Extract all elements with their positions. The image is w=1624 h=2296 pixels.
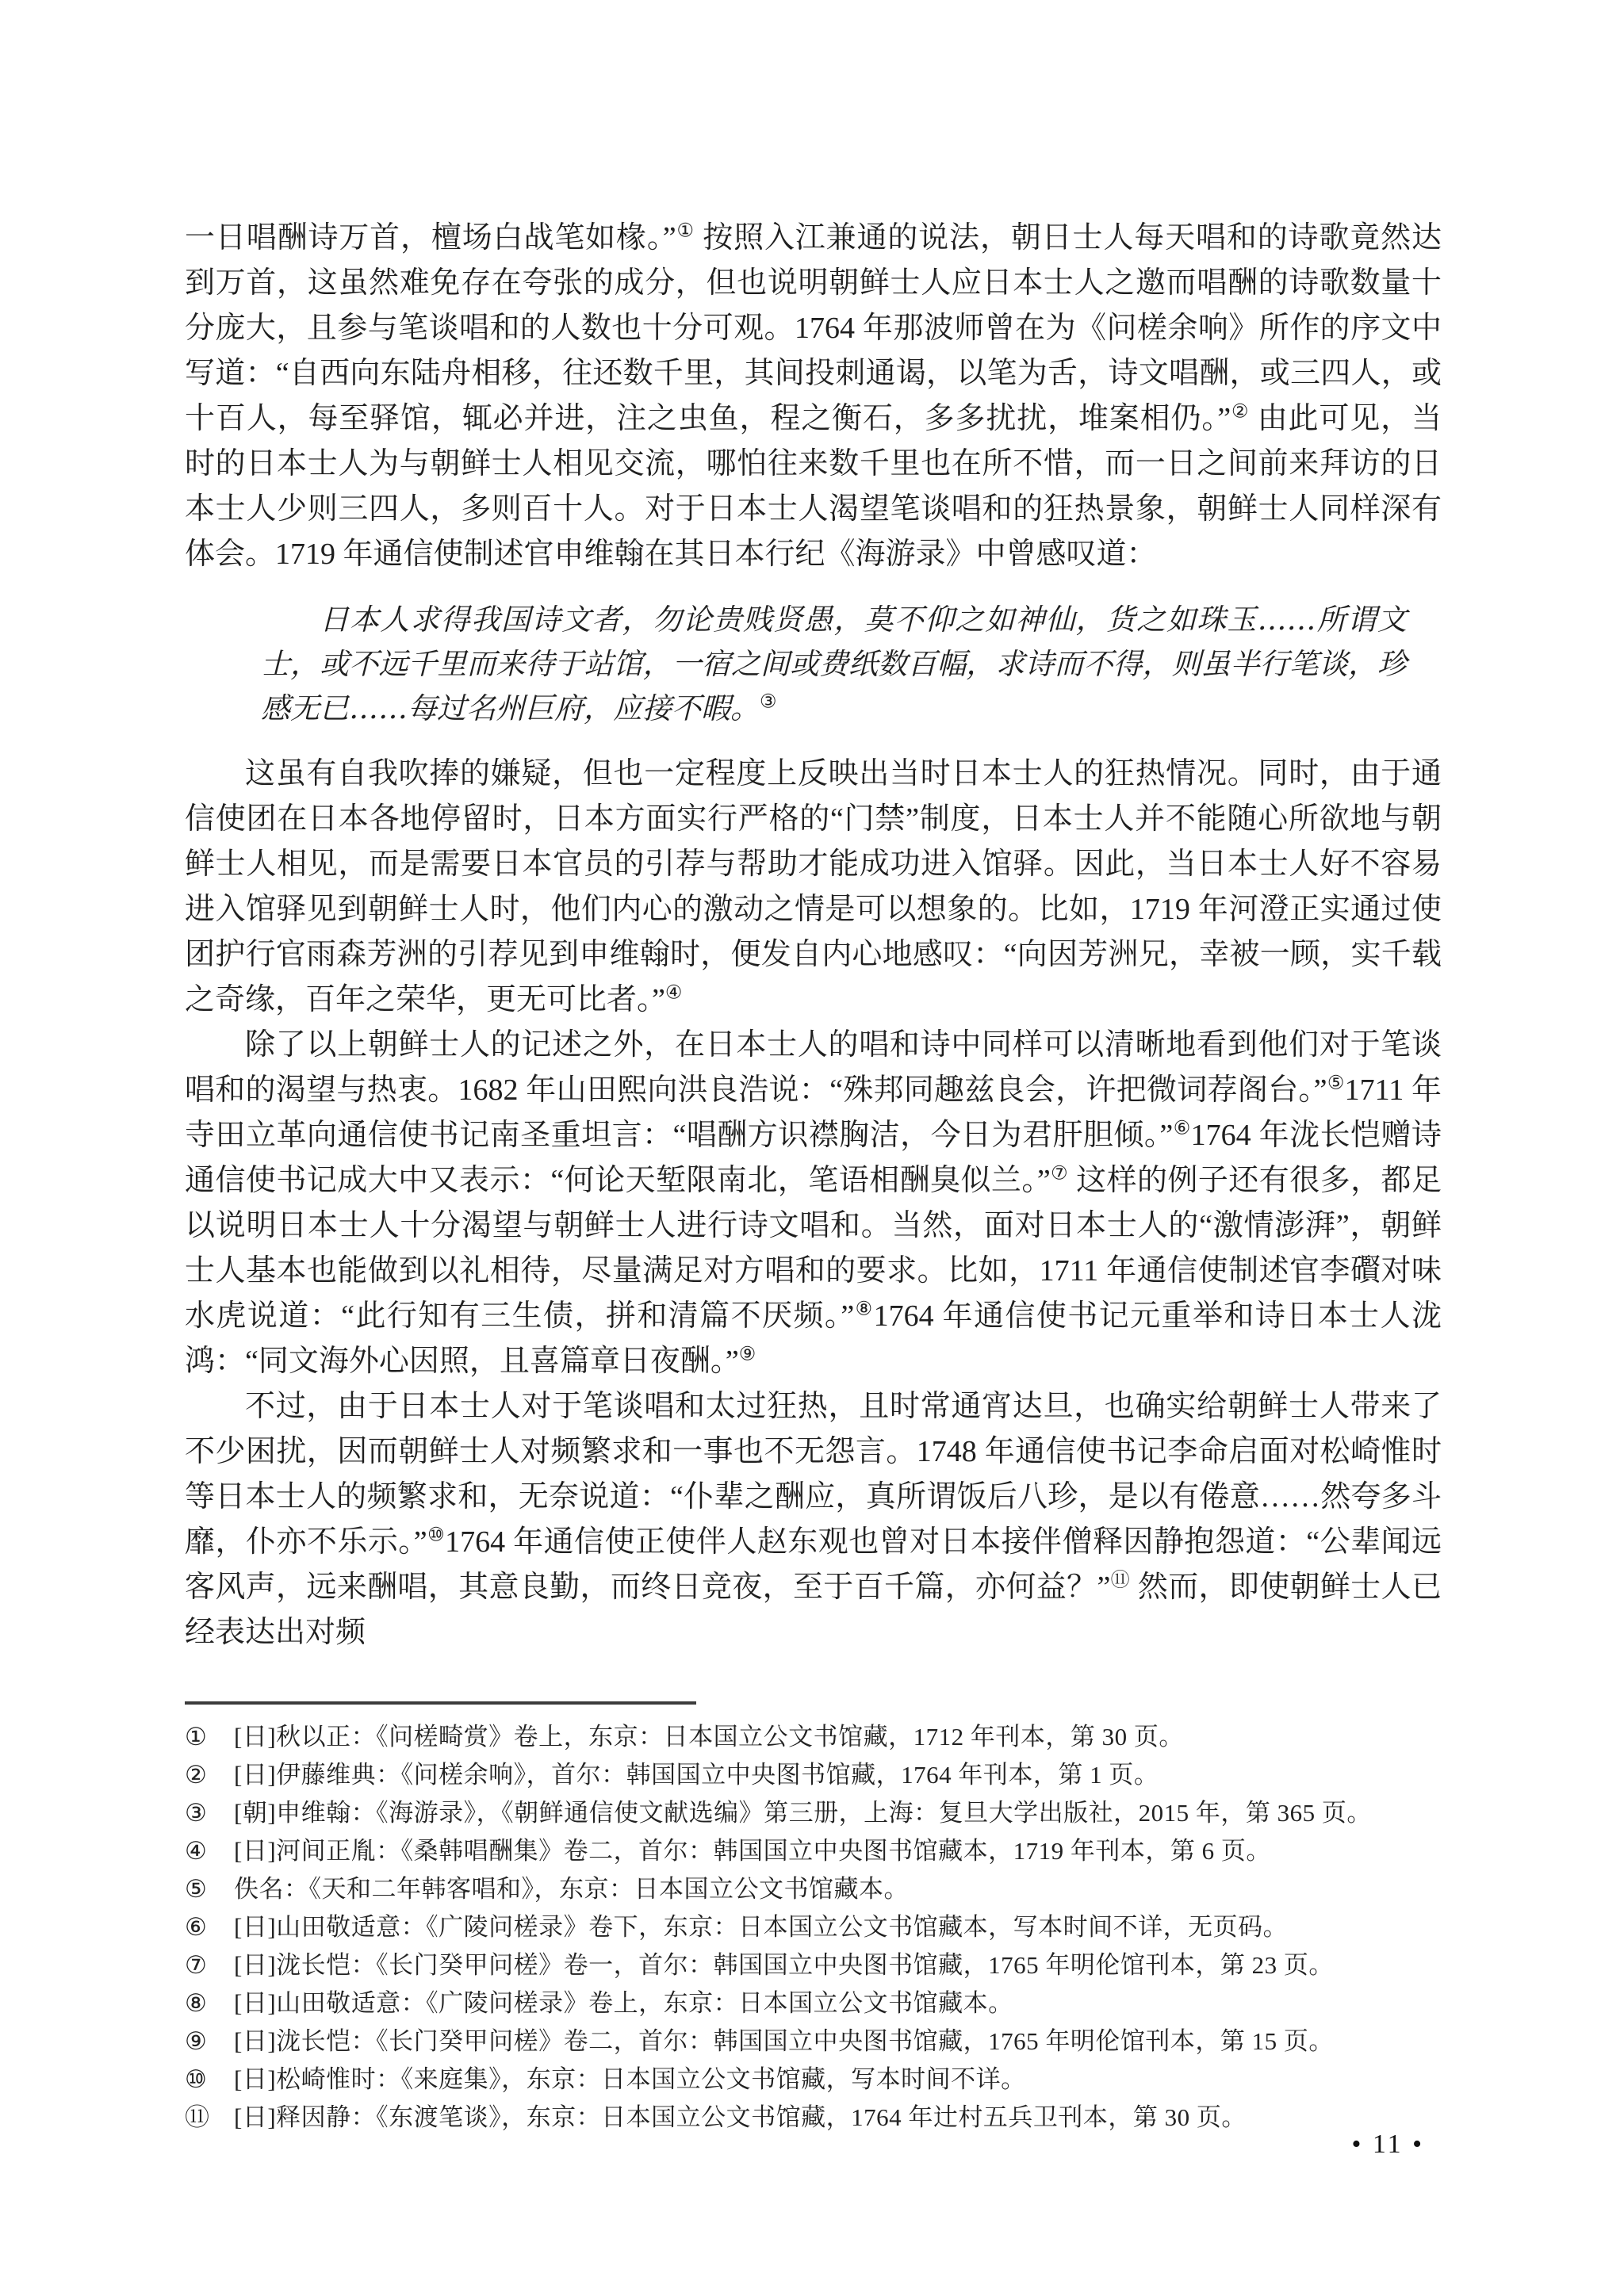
footnote-ref: ② xyxy=(1231,401,1249,422)
footnote-marker: ④ xyxy=(185,1838,220,1865)
footnote-marker: ⑤ xyxy=(185,1876,220,1903)
footnote-marker: ⑩ xyxy=(185,2066,220,2093)
footnote-marker: ⑥ xyxy=(185,1914,220,1941)
footnote-text: [日]山田敬适意：《广陵问槎录》卷下，东京：日本国立公文书馆藏本，写本时间不详，… xyxy=(234,1914,1442,1941)
document-page: 一日唱酬诗万首，檀场白战笔如椽。”① 按照入江兼通的说法，朝日士人每天唱和的诗歌… xyxy=(0,0,1624,2296)
text-run: 一日唱酬诗万首，檀场白战笔如椽。” xyxy=(185,221,676,254)
footnote-item: ②[日]伊藤维典：《问槎余响》，首尔：韩国国立中央图书馆藏，1764 年刊本，第… xyxy=(185,1762,1442,1789)
footnote-text: [日]泷长恺：《长门癸甲问槎》卷一，首尔：韩国国立中央图书馆藏，1765 年明伦… xyxy=(234,1952,1442,1979)
footnote-ref: ⑧ xyxy=(854,1299,873,1319)
footnote-text: [日]秋以正：《问槎畸赏》卷上，东京：日本国立公文书馆藏，1712 年刊本，第 … xyxy=(234,1724,1442,1751)
footnote-ref: ⑨ xyxy=(739,1344,756,1364)
footnote-marker: ⑪ xyxy=(185,2104,220,2131)
footnotes-list: ①[日]秋以正：《问槎畸赏》卷上，东京：日本国立公文书馆藏，1712 年刊本，第… xyxy=(185,1724,1442,2131)
footnote-ref: ⑪ xyxy=(1110,1570,1130,1590)
footnote-marker: ③ xyxy=(185,1800,220,1827)
footnote-marker: ⑧ xyxy=(185,1990,220,2017)
footnote-text: [日]山田敬适意：《广陵问槎录》卷上，东京：日本国立公文书馆藏本。 xyxy=(234,1990,1442,2017)
footnote-item: ④[日]河间正胤：《桑韩唱酬集》卷二，首尔：韩国国立中央图书馆藏本，1719 年… xyxy=(185,1838,1442,1865)
paragraph: 这虽有自我吹捧的嫌疑，但也一定程度上反映出当时日本士人的狂热情况。同时，由于通信… xyxy=(185,752,1442,1023)
block-quote: 日本人求得我国诗文者，勿论贵贱贤愚，莫不仰之如神仙，货之如珠玉……所谓文士，或不… xyxy=(261,598,1407,731)
footnote-ref: ④ xyxy=(665,982,683,1003)
footnote-ref: ⑩ xyxy=(427,1525,445,1545)
text-run: 这虽有自我吹捧的嫌疑，但也一定程度上反映出当时日本士人的狂热情况。同时，由于通信… xyxy=(185,757,1442,1016)
footnote-ref: ③ xyxy=(760,691,777,713)
article-body: 一日唱酬诗万首，檀场白战笔如椽。”① 按照入江兼通的说法，朝日士人每天唱和的诗歌… xyxy=(185,216,1442,1655)
footnote-item: ③[朝]申维翰：《海游录》，《朝鲜通信使文献选编》第三册，上海：复旦大学出版社，… xyxy=(185,1800,1442,1827)
footnote-ref: ⑤ xyxy=(1327,1073,1345,1093)
footnote-ref: ⑥ xyxy=(1173,1118,1190,1138)
footnote-marker: ⑨ xyxy=(185,2028,220,2055)
footnote-text: [日]释因静：《东渡笔谈》，东京：日本国立公文书馆藏，1764 年辻村五兵卫刊本… xyxy=(234,2104,1442,2131)
footnote-item: ⑦[日]泷长恺：《长门癸甲问槎》卷一，首尔：韩国国立中央图书馆藏，1765 年明… xyxy=(185,1952,1442,1979)
paragraph-continuation: 一日唱酬诗万首，檀场白战笔如椽。”① 按照入江兼通的说法，朝日士人每天唱和的诗歌… xyxy=(185,216,1442,577)
footnote-text: [日]松崎惟时：《来庭集》，东京：日本国立公文书馆藏，写本时间不详。 xyxy=(234,2066,1442,2093)
footnote-marker: ⑦ xyxy=(185,1952,220,1979)
footnote-item: ⑥[日]山田敬适意：《广陵问槎录》卷下，东京：日本国立公文书馆藏本，写本时间不详… xyxy=(185,1914,1442,1941)
footnote-item: ⑩[日]松崎惟时：《来庭集》，东京：日本国立公文书馆藏，写本时间不详。 xyxy=(185,2066,1442,2093)
footnote-text: 佚名：《天和二年韩客唱和》，东京：日本国立公文书馆藏本。 xyxy=(234,1876,1442,1903)
footnote-item: ⑪[日]释因静：《东渡笔谈》，东京：日本国立公文书馆藏，1764 年辻村五兵卫刊… xyxy=(185,2104,1442,2131)
paragraph: 除了以上朝鲜士人的记述之外，在日本士人的唱和诗中同样可以清晰地看到他们对于笔谈唱… xyxy=(185,1023,1442,1384)
footnote-ref: ① xyxy=(676,220,695,241)
footnote-text: [朝]申维翰：《海游录》，《朝鲜通信使文献选编》第三册，上海：复旦大学出版社，2… xyxy=(234,1800,1442,1827)
footnote-separator xyxy=(185,1701,696,1705)
paragraph: 不过，由于日本士人对于笔谈唱和太过狂热，且时常通宵达旦，也确实给朝鲜士人带来了不… xyxy=(185,1384,1442,1655)
footnote-item: ①[日]秋以正：《问槎畸赏》卷上，东京：日本国立公文书馆藏，1712 年刊本，第… xyxy=(185,1724,1442,1751)
footnote-item: ⑤佚名：《天和二年韩客唱和》，东京：日本国立公文书馆藏本。 xyxy=(185,1876,1442,1903)
footnote-text: [日]河间正胤：《桑韩唱酬集》卷二，首尔：韩国国立中央图书馆藏本，1719 年刊… xyxy=(234,1838,1442,1865)
footnote-ref: ⑦ xyxy=(1051,1163,1068,1184)
footnote-item: ⑧[日]山田敬适意：《广陵问槎录》卷上，东京：日本国立公文书馆藏本。 xyxy=(185,1990,1442,2017)
footnote-marker: ① xyxy=(185,1724,220,1751)
footnote-marker: ② xyxy=(185,1762,220,1789)
page-number: • 11 • xyxy=(1351,2130,1424,2160)
footnote-text: [日]伊藤维典：《问槎余响》，首尔：韩国国立中央图书馆藏，1764 年刊本，第 … xyxy=(234,1762,1442,1789)
footnote-text: [日]泷长恺：《长门癸甲问槎》卷二，首尔：韩国国立中央图书馆藏，1765 年明伦… xyxy=(234,2028,1442,2055)
footnote-item: ⑨[日]泷长恺：《长门癸甲问槎》卷二，首尔：韩国国立中央图书馆藏，1765 年明… xyxy=(185,2028,1442,2055)
text-run: 日本人求得我国诗文者，勿论贵贱贤愚，莫不仰之如神仙，货之如珠玉……所谓文士，或不… xyxy=(261,603,1407,725)
text-run: 除了以上朝鲜士人的记述之外，在日本士人的唱和诗中同样可以清晰地看到他们对于笔谈唱… xyxy=(185,1028,1442,1107)
